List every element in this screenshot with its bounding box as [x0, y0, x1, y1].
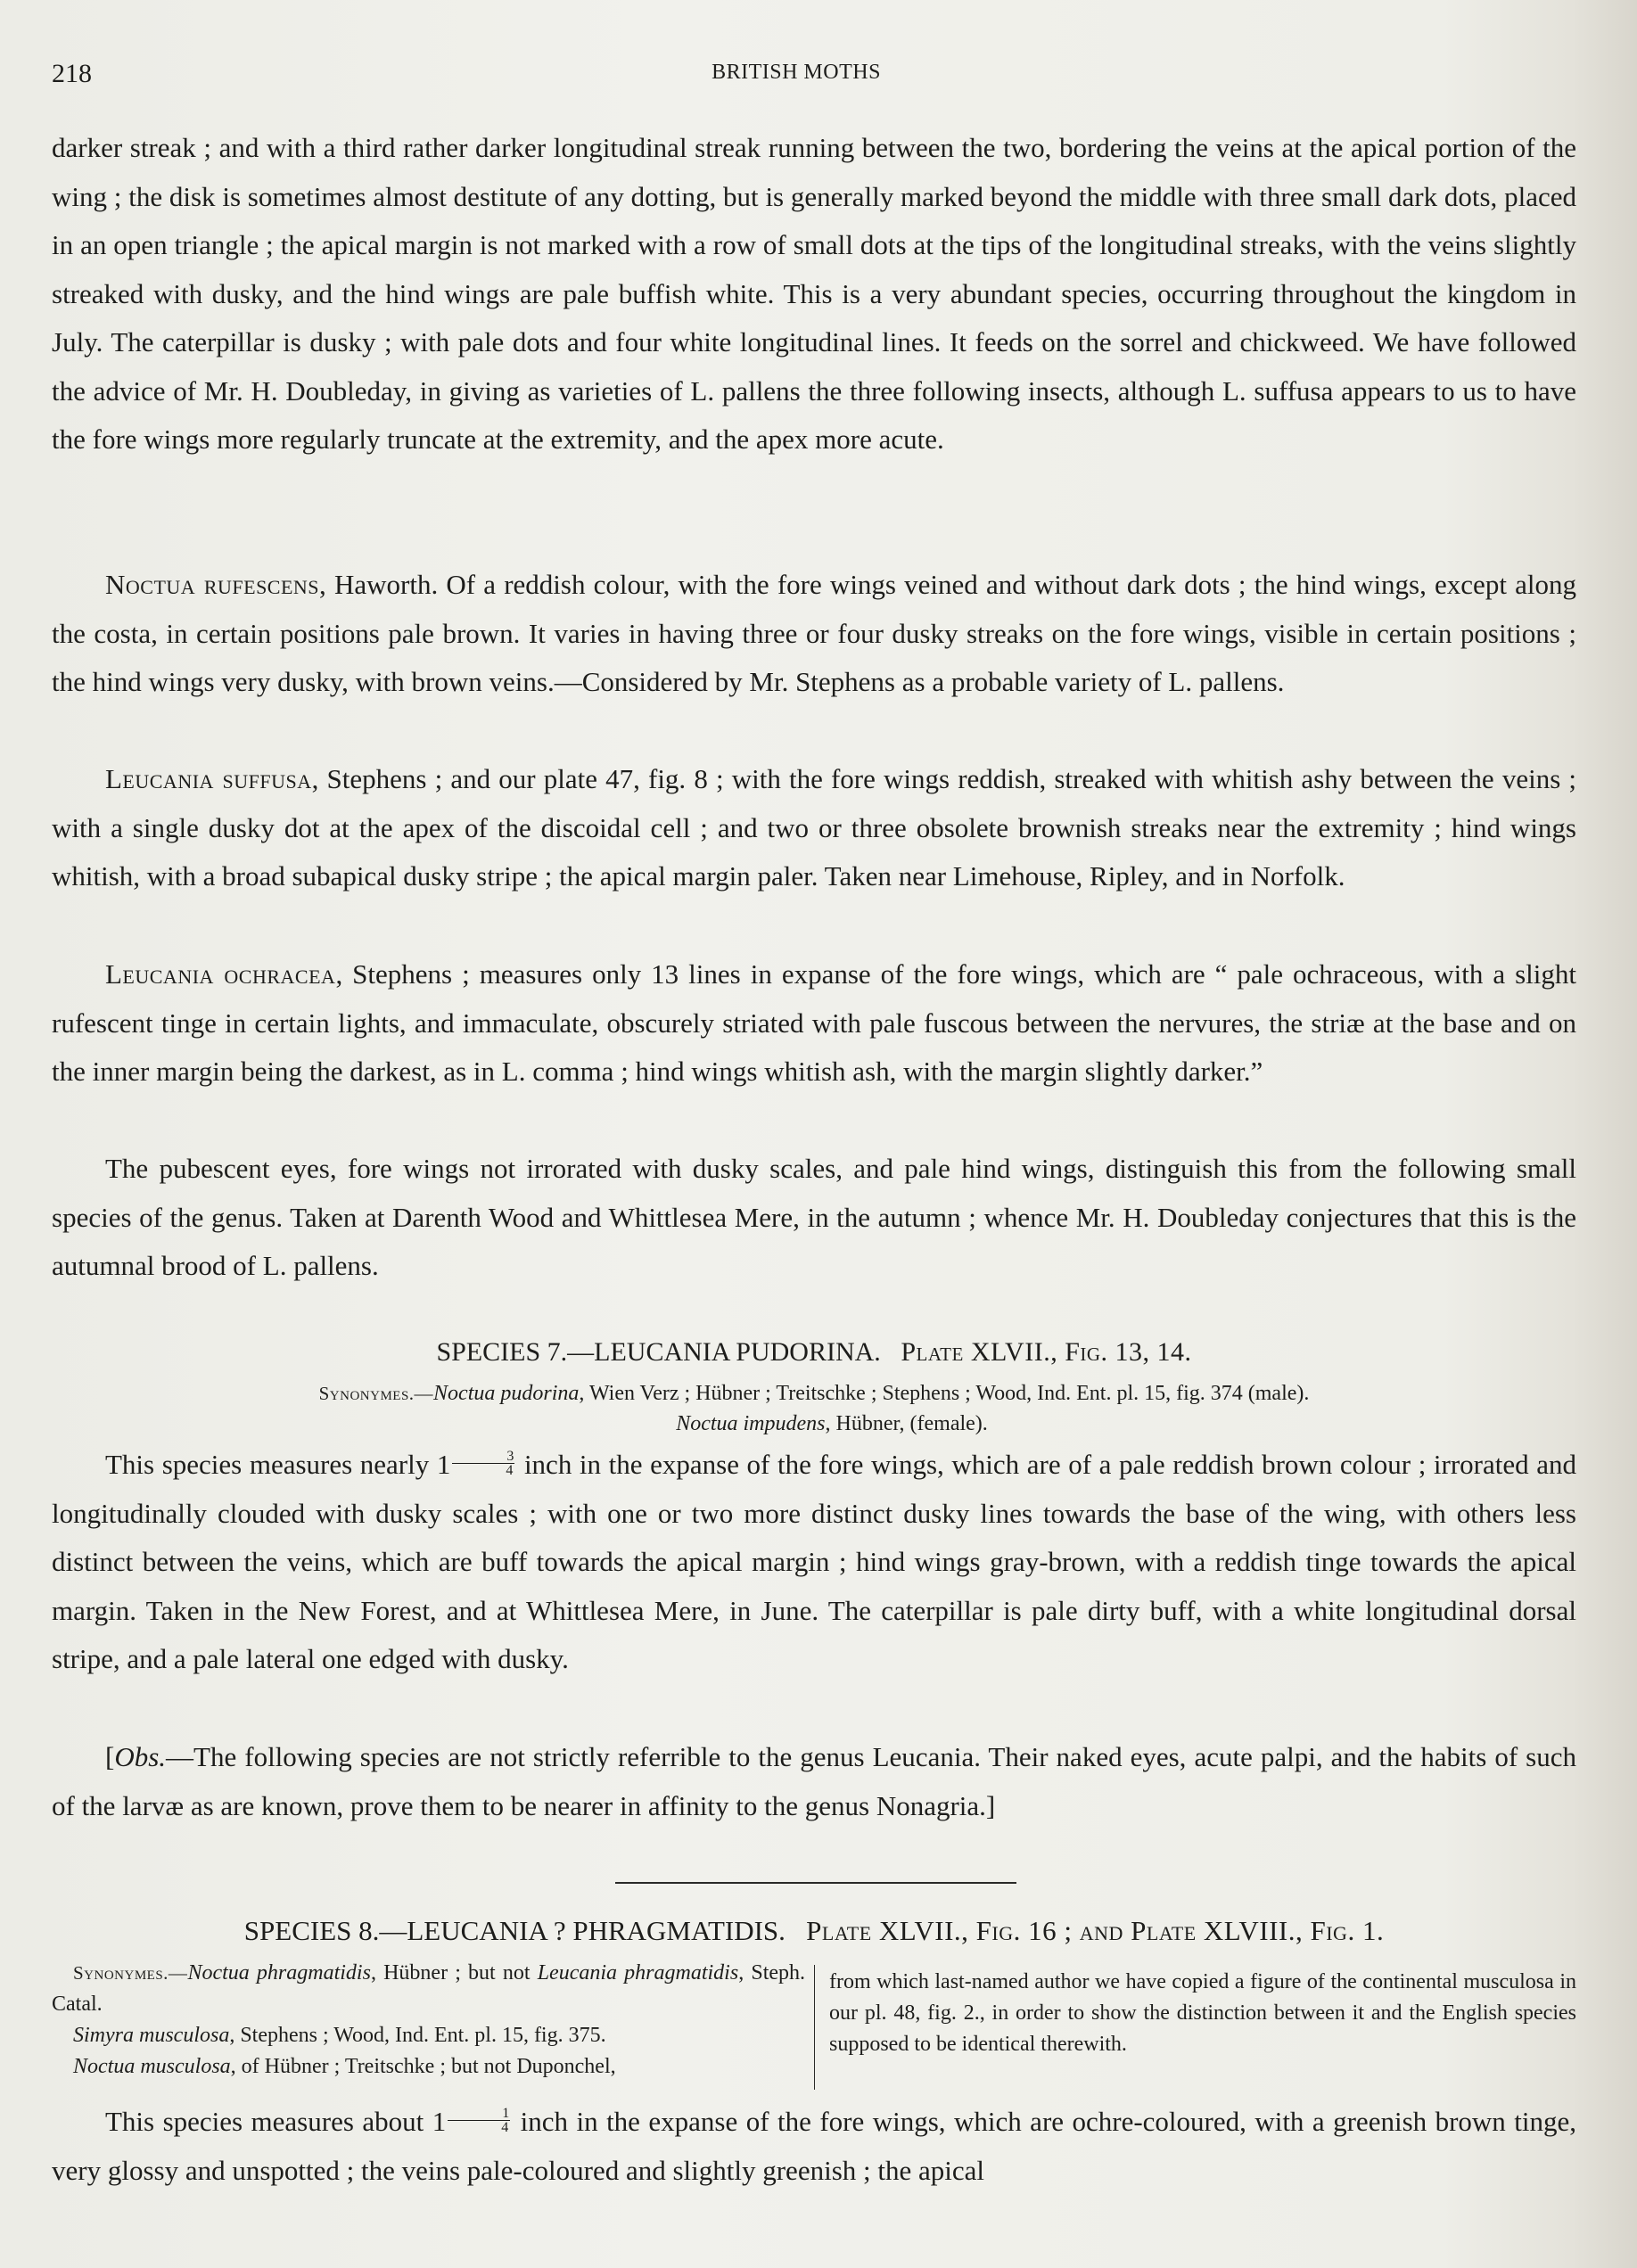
synonyms-right-column: from which last-named author we have cop… [829, 1967, 1576, 2060]
column-rule [814, 1965, 815, 2090]
running-head: 218 BRITISH MOTHS [52, 59, 1576, 94]
species-7-synonyms-line-1: Synonymes.—Noctua pudorina, Wien Verz ; … [52, 1382, 1576, 1406]
species-8-description: This species measures about 114 inch in … [52, 2098, 1576, 2195]
synonym-name: Simyra musculosa [73, 2024, 229, 2047]
paragraph-text: darker streak ; and with a third rather … [52, 124, 1576, 464]
taxon-name: Leucania suffusa [105, 763, 312, 794]
taxon-name: Leucania ochracea [105, 958, 335, 990]
species-7-description: This species measures nearly 134 inch in… [52, 1441, 1576, 1684]
species-title: SPECIES 8.—LEUCANIA ? PHRAGMATIDIS. [244, 1915, 786, 1946]
species-7-heading: SPECIES 7.—LEUCANIA PUDORINA. Plate XLVI… [52, 1337, 1576, 1368]
species-7-synonyms-line-2: Noctua impudens, Hübner, (female). [70, 1412, 1594, 1436]
paragraph-leucania-suffusa: Leucania suffusa, Stephens ; and our pla… [52, 755, 1576, 901]
species-8-heading: SPECIES 8.—LEUCANIA ? PHRAGMATIDIS. Plat… [52, 1915, 1576, 1947]
plate-reference: Plate XLVII., Fig. 13, 14. [901, 1337, 1191, 1367]
synonym-name: Noctua impudens [676, 1412, 825, 1435]
section-divider [615, 1882, 1016, 1884]
synonyms-label: Synonymes.— [73, 1962, 187, 1984]
synonym-name: Noctua pudorina [433, 1382, 579, 1405]
synonyms-label: Synonymes.— [319, 1383, 433, 1404]
species-title: SPECIES 7.—LEUCANIA PUDORINA. [436, 1337, 880, 1367]
species-8-synonyms: Synonymes.—Noctua phragmatidis, Hübner ;… [52, 1958, 1576, 2091]
obs-label: Obs. [114, 1741, 166, 1772]
synonym-text: , Wien Verz ; Hübner ; Treitschke ; Step… [579, 1382, 1309, 1405]
synonym-name: Leucania phragmatidis [538, 1961, 739, 1984]
fraction: 14 [448, 2107, 510, 2134]
synonyms-left-column: Synonymes.—Noctua phragmatidis, Hübner ;… [52, 1958, 805, 2083]
paragraph-text: This species measures nearly 1 [105, 1449, 450, 1480]
book-page: 218 BRITISH MOTHS darker streak ; and wi… [0, 0, 1637, 2268]
plate-reference: Plate XLVII., Fig. 16 ; and Plate XLVIII… [806, 1915, 1384, 1946]
paragraph-pallens-continued: darker streak ; and with a third rather … [52, 124, 1576, 464]
paragraph-text: —The following species are not strictly … [52, 1741, 1576, 1821]
paragraph-leucania-ochracea: Leucania ochracea, Stephens ; measures o… [52, 950, 1576, 1097]
synonym-name: Noctua musculosa [73, 2055, 231, 2078]
paragraph-pubescent-eyes: The pubescent eyes, fore wings not irror… [52, 1145, 1576, 1291]
taxon-name: Noctua rufescens [105, 569, 319, 600]
observation-note: [Obs.—The following species are not stri… [52, 1733, 1576, 1830]
fraction: 34 [452, 1450, 514, 1477]
paragraph-noctua-rufescens: Noctua rufescens, Haworth. Of a reddish … [52, 561, 1576, 707]
paragraph-text: inch in the expanse of the fore wings, w… [52, 1449, 1576, 1674]
running-head-title: BRITISH MOTHS [34, 61, 1559, 85]
paragraph-text: This species measures about 1 [105, 2106, 446, 2137]
synonym-name: Noctua phragmatidis [187, 1961, 371, 1984]
paragraph-text: The pubescent eyes, fore wings not irror… [52, 1145, 1576, 1291]
synonym-text: , Hübner, (female). [826, 1412, 988, 1435]
